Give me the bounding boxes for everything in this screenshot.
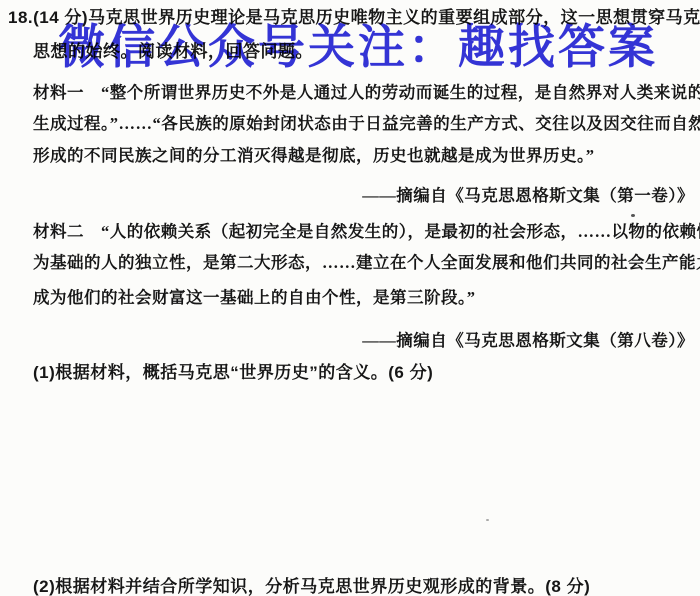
material-two-line-3: 成为他们的社会财富这一基础上的自由个性，是第三阶段。” bbox=[33, 288, 476, 308]
material-one-source-citation: ——摘编自《马克思恩格斯文集（第一卷）》 bbox=[362, 186, 694, 206]
material-one-line-3: 形成的不同民族之间的分工消灭得越是彻底，历史也就越是成为世界历史。” bbox=[33, 146, 595, 166]
sub-question-1: (1)根据材料，概括马克思“世界历史”的含义。(6 分) bbox=[33, 363, 433, 383]
scan-speck bbox=[631, 214, 635, 217]
scan-speck bbox=[486, 519, 489, 521]
material-two-line-2: 为基础的人的独立性，是第二大形态，……建立在个人全面发展和他们共同的社会生产能力 bbox=[33, 253, 700, 273]
material-one-line-2: 生成过程。”……“各民族的原始封闭状态由于日益完善的生产方式、交往以及因交往而自… bbox=[33, 114, 700, 134]
material-one-line-1: 材料一 “整个所谓世界历史不外是人通过人的劳动而诞生的过程，是自然界对人类来说的 bbox=[33, 83, 700, 103]
sub-question-2: (2)根据材料并结合所学知识，分析马克思世界历史观形成的背景。(8 分) bbox=[33, 577, 590, 596]
material-two-line-1: 材料二 “人的依赖关系（起初完全是自然发生的），是最初的社会形态，……以物的依赖… bbox=[33, 222, 700, 242]
exam-page: 微信公众号关注：趣找答案 18.(14 分)马克思世界历史理论是马克思历史唯物主… bbox=[0, 0, 700, 596]
material-two-source-citation: ——摘编自《马克思恩格斯文集（第八卷）》 bbox=[362, 331, 694, 351]
watermark-text: 微信公众号关注：趣找答案 bbox=[58, 10, 658, 77]
